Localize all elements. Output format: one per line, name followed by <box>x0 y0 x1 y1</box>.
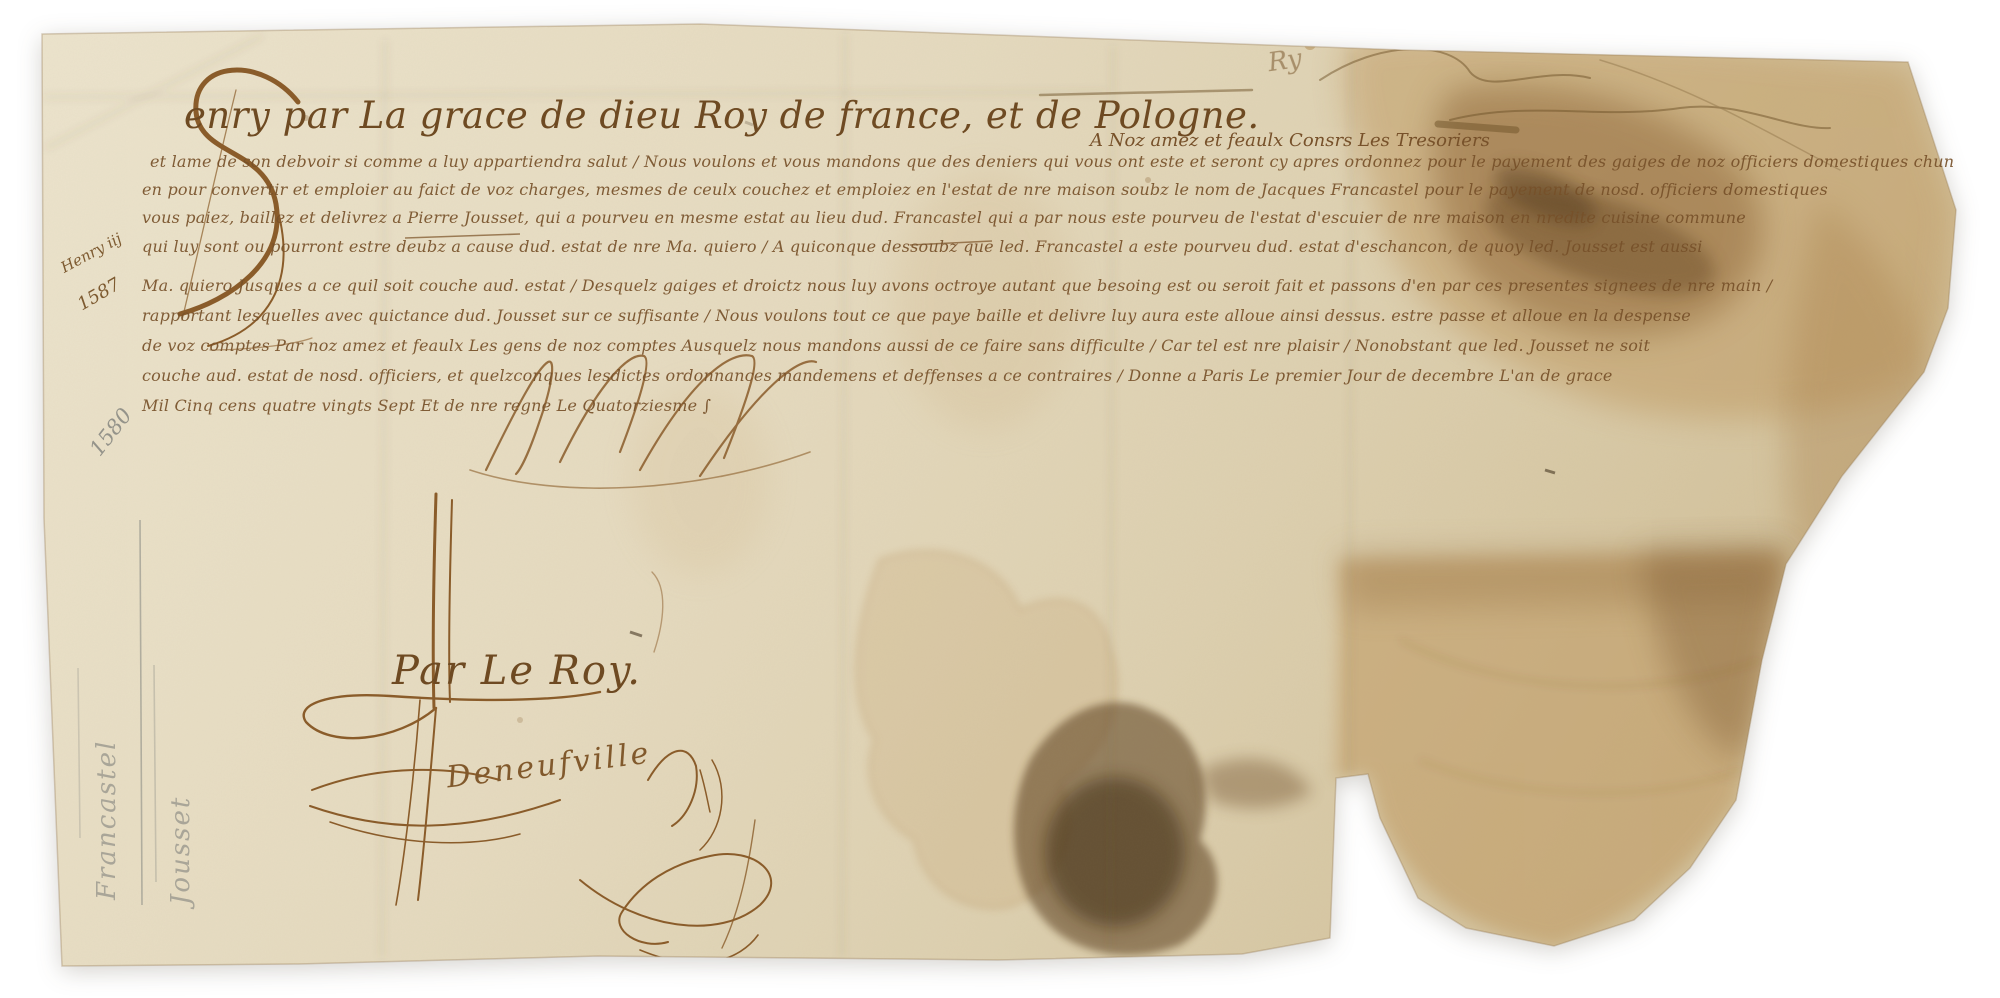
par-le-roy-label: Par Le Roy. <box>392 648 642 694</box>
body-line: et lame de son debvoir si comme a luy ap… <box>150 152 1954 171</box>
body-line: de voz comptes Par noz amez et feaulx Le… <box>142 336 1650 355</box>
body-line: Mil Cinq cens quatre vingts Sept Et de n… <box>142 396 711 415</box>
parchment-grain-texture <box>0 0 2000 998</box>
body-line: en pour convertir et emploier au faict d… <box>142 180 1828 199</box>
margin-pencil-name-jousset: Jousset <box>166 796 196 905</box>
docket-inscription: Ry <box>1266 44 1304 78</box>
body-line: qui luy sont ou pourront estre deubz a c… <box>142 237 1703 256</box>
salutation-text: A Noz amez et feaulx Consrs Les Tresorie… <box>1090 130 1490 151</box>
body-line: vous paiez, baillez et delivrez a Pierre… <box>142 208 1746 227</box>
photograph-of-royal-letter: enry par La grace de dieu Roy de france,… <box>0 0 2000 998</box>
parchment-artwork <box>0 0 2000 998</box>
body-line: rapportant lesquelles avec quictance dud… <box>142 306 1691 325</box>
body-line: Ma. quiero Jusques a ce quil soit couche… <box>142 276 1772 295</box>
body-line: couche aud. estat de nosd. officiers, et… <box>142 366 1613 385</box>
margin-pencil-name-francastel: Francastel <box>92 740 122 900</box>
